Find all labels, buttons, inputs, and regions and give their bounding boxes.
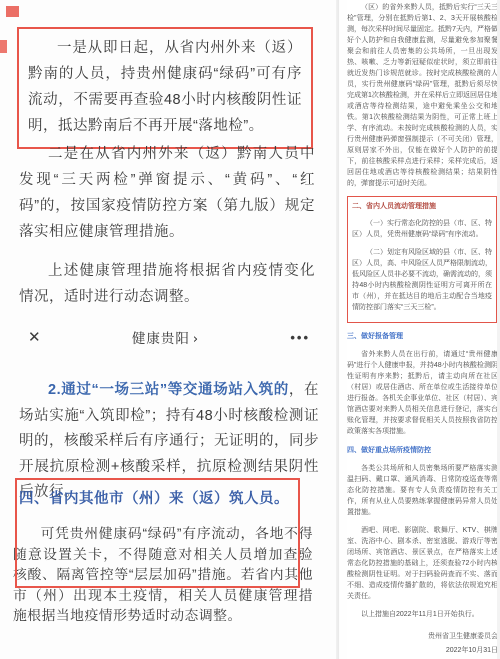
policy-paragraph-1: 一是从即日起，从省内州外来（返）黔南的人员，持贵州健康码“绿码”可有序流动，不需… [28,35,302,139]
notice-section-4-body-2: 酒吧、网吧、影剧院、歌舞厅、KTV、棋牌室、洗浴中心、剧本杀、密室逃脱、游戏厅等… [347,525,498,602]
notice-section-4-body-1: 各类公共场所和人员密集场所要严格落实测温扫码、戴口罩、通风消毒、日常防疫巡查等常… [347,463,498,518]
close-icon[interactable]: ✕ [28,328,41,346]
panel-divider [336,0,339,659]
red-annotation-artifact-left [0,40,7,53]
issuing-authority: 贵州省卫生健康委员会 [347,630,498,643]
notice-section-2-heading: 二、省内人员流动管理措施 [352,201,492,212]
red-annotation-artifact-top [6,6,19,17]
right-notice-panel: （区）的省外来黔人员，抵黔后实行“三天三检”管理，分别在抵黔后第1、2、3天开展… [347,0,498,659]
section-4-body: 可凭贵州健康码“绿码”有序流动，各地不得随意设置关卡，不得随意对相关人员增加查验… [13,524,313,627]
left-article-panel: 一是从即日起，从省内州外来（返）黔南的人员，持贵州健康码“绿码”可有序流动，不需… [0,0,340,659]
red-highlight-box-1: 一是从即日起，从省内州外来（返）黔南的人员，持贵州健康码“绿码”可有序流动，不需… [17,27,313,149]
notice-section-2-item-1: （一）实行常态化防控的县（市、区、特区）人员，凭贵州健康码“绿码”有序流动。 [352,218,492,240]
policy-paragraph-3: 上述健康管理措施将根据省内疫情变化情况，适时进行动态调整。 [19,258,315,310]
issue-date: 2022年10月31日 [347,644,498,657]
paragraph-4-body: ，在场站实施“入筑即检”；持有48小时核酸检测证明的，核酸采样后有序通行；无证明… [19,382,319,500]
policy-paragraph-2: 二是在从省内州外来（返）黔南人员中发现“三天两检”弹窗提示、“黄码”、“红码”的… [19,141,315,245]
notice-effective-date-line: 以上措施自2022年11月1日开始执行。 [347,609,498,620]
notice-signature-block: 贵州省卫生健康委员会 2022年10月31日 [347,630,498,657]
chevron-right-icon: › [193,332,199,347]
paragraph-4-blue-lead: 2.通过“一场三站”等交通场站入筑的 [48,382,289,398]
notice-section-3-heading: 三、做好报备管理 [347,331,498,342]
notice-section-4-heading: 四、做好重点场所疫情防控 [347,445,498,456]
section-4-heading: 四、省内其他市（州）来（返）筑人员。 [19,487,309,508]
more-options-icon[interactable]: ••• [290,330,310,345]
article-source-title[interactable]: 健康贵阳› [132,327,199,347]
article-source-label: 健康贵阳 [132,331,190,346]
composite-screenshot: 一是从即日起，从省内州外来（返）黔南的人员，持贵州健康码“绿码”可有序流动，不需… [0,0,500,659]
notice-paragraph-1: （区）的省外来黔人员，抵黔后实行“三天三检”管理，分别在抵黔后第1、2、3天开展… [347,2,498,189]
notice-section-3-body: 省外来黔人员在出行前，请通过“贵州健康码”进行个人健康申报，并持48小时内核酸检… [347,349,498,437]
article-title-bar: ✕ 健康贵阳› ••• [28,324,310,350]
notice-section-2-item-2: （二）划定有风险区域的县（市、区、特区）人员，高、中风险区人员严格限制流动，低风… [352,247,492,313]
red-highlight-box-3: 二、省内人员流动管理措施 （一）实行常态化防控的县（市、区、特区）人员，凭贵州健… [347,196,497,323]
